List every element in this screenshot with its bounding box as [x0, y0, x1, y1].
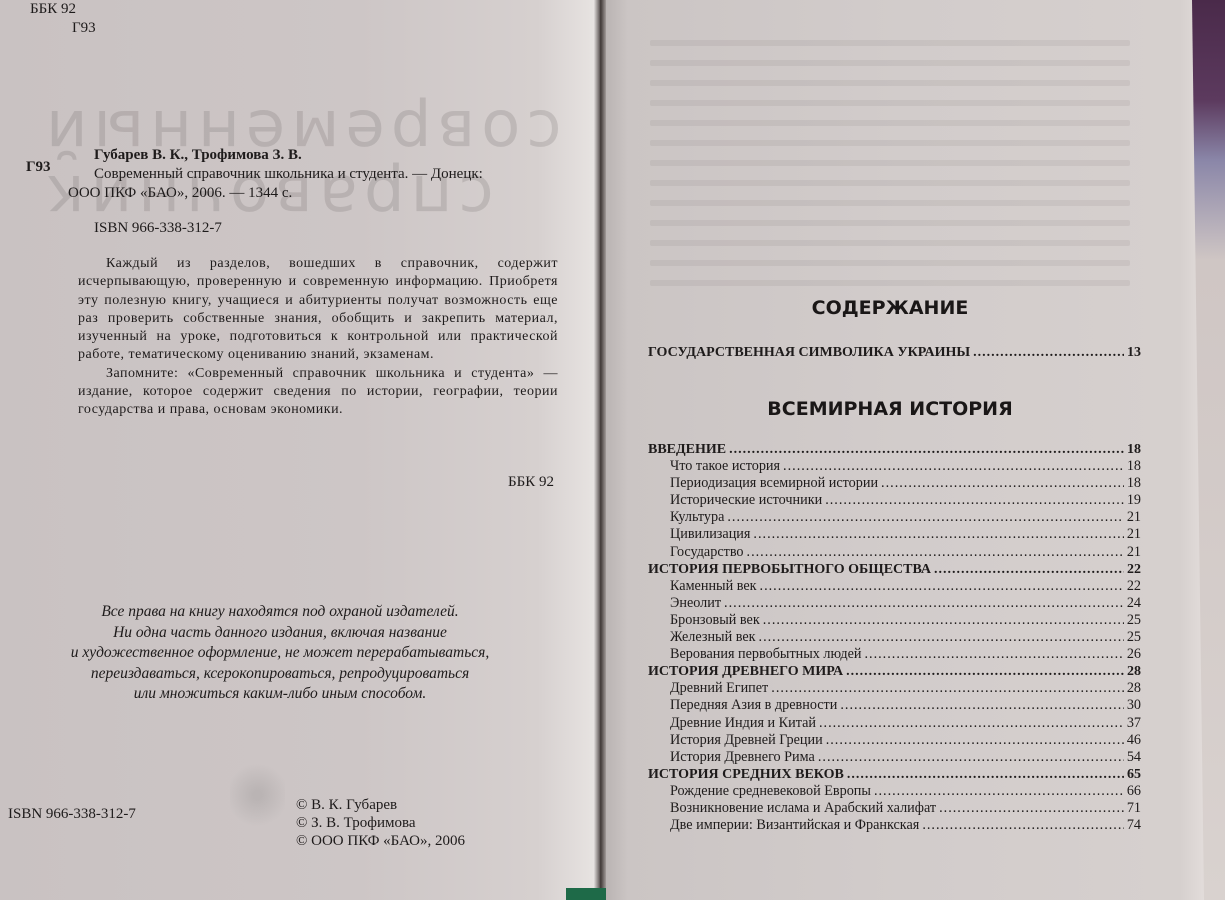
cover-edge [566, 888, 606, 900]
copyright-line: © В. К. Губарев [296, 796, 465, 814]
toc-entry-label: Древний Египет [670, 680, 768, 697]
toc-leader-dots [874, 783, 1124, 800]
toc-leader-dots [973, 344, 1124, 361]
toc-entry-label: Рождение средневековой Европы [670, 783, 871, 800]
toc-subsection-entry[interactable]: Исторические источники19 [648, 492, 1141, 509]
toc-entry-label: Цивилизация [670, 526, 750, 543]
toc-leader-dots [939, 800, 1124, 817]
toc-entry-label: ВВЕДЕНИЕ [648, 441, 726, 458]
title-line-2: ООО ПКФ «БАО», 2006. — 1344 с. [68, 185, 292, 202]
toc-subsection-entry[interactable]: История Древней Греции46 [648, 732, 1141, 749]
toc-entry-label: ИСТОРИЯ СРЕДНИХ ВЕКОВ [648, 766, 844, 783]
rights-line: Ни одна часть данного издания, включая н… [30, 623, 530, 644]
toc-subsection-entry[interactable]: Каменный век22 [648, 578, 1141, 595]
toc-entry-label: История Древнего Рима [670, 749, 815, 766]
left-page-imprint: современный справочник ББК 92 Г93 Г93 Гу… [0, 0, 597, 900]
toc-entry-page: 22 [1127, 578, 1141, 595]
bbk-code-top: ББК 92 [30, 1, 76, 18]
toc-entry-label: Государство [670, 544, 744, 561]
toc-entry-page: 21 [1127, 509, 1141, 526]
toc-leader-dots [922, 817, 1123, 834]
toc-subsection-entry[interactable]: Железный век25 [648, 629, 1141, 646]
toc-entry-label: История Древней Греции [670, 732, 823, 749]
toc-entry-label: Верования первобытных людей [670, 646, 861, 663]
toc-entry-label: Энеолит [670, 595, 721, 612]
toc-entry-page: 71 [1127, 800, 1141, 817]
toc-entry-page: 24 [1127, 595, 1141, 612]
toc-leader-dots [846, 663, 1124, 680]
toc-leader-dots [818, 749, 1124, 766]
toc-subsection-entry[interactable]: Энеолит24 [648, 595, 1141, 612]
toc-entry-label: Возникновение ислама и Арабский халифат [670, 800, 936, 817]
book-spine [594, 0, 606, 900]
toc-section-entry[interactable]: ВВЕДЕНИЕ18 [648, 441, 1141, 458]
toc-leader-dots [783, 458, 1124, 475]
rights-notice: Все права на книгу находятся под охраной… [30, 602, 530, 705]
toc-entry-page: 21 [1127, 544, 1141, 561]
toc-leader-dots [724, 595, 1124, 612]
annotation-paragraph-1: Каждый из разделов, вошедших в справочни… [78, 255, 558, 365]
toc-entry-page: 37 [1127, 715, 1141, 732]
rights-line: переиздаваться, ксерокопироваться, репро… [30, 664, 530, 685]
toc-subsection-entry[interactable]: История Древнего Рима54 [648, 749, 1141, 766]
toc-subsection-entry[interactable]: Цивилизация21 [648, 526, 1141, 543]
toc-entry-label: Железный век [670, 629, 756, 646]
toc-leader-dots [847, 766, 1124, 783]
toc-subsection-entry[interactable]: Древние Индия и Китай37 [648, 715, 1141, 732]
publisher-logo-ghost [230, 760, 285, 830]
toc-entry-page: 22 [1127, 561, 1141, 578]
copyright-block: © В. К. Губарев © З. В. Трофимова © ООО … [296, 796, 465, 850]
annotation: Каждый из разделов, вошедших в справочни… [78, 255, 558, 420]
toc-entry-label: Что такое история [670, 458, 780, 475]
toc-entry-page: 25 [1127, 612, 1141, 629]
toc-leader-dots [727, 509, 1123, 526]
toc-entry-page: 19 [1127, 492, 1141, 509]
annotation-paragraph-2: Запомните: «Современный справочник школь… [78, 365, 558, 420]
toc-leader-dots [771, 680, 1124, 697]
toc-subsection-entry[interactable]: Культура21 [648, 509, 1141, 526]
toc-entry-label: Периодизация всемирной истории [670, 475, 878, 492]
toc-leader-dots [934, 561, 1124, 578]
toc-subsection-entry[interactable]: Государство21 [648, 544, 1141, 561]
toc-leader-dots [763, 612, 1124, 629]
contents-heading: СОДЕРЖАНИЕ [650, 297, 1130, 319]
toc-entry-label: Две империи: Византийская и Франкская [670, 817, 919, 834]
toc-subsection-entry[interactable]: Древний Египет28 [648, 680, 1141, 697]
toc-subsection-entry[interactable]: Рождение средневековой Европы66 [648, 783, 1141, 800]
toc-subsection-entry[interactable]: Верования первобытных людей26 [648, 646, 1141, 663]
title-line-1: Современный справочник школьника и студе… [94, 166, 483, 183]
toc-section-entry[interactable]: ИСТОРИЯ ДРЕВНЕГО МИРА28 [648, 663, 1141, 680]
toc-leader-dots [840, 697, 1123, 714]
author-mark-top: Г93 [72, 20, 96, 37]
toc-leader-dots [747, 544, 1124, 561]
toc-section-entry[interactable]: ИСТОРИЯ СРЕДНИХ ВЕКОВ65 [648, 766, 1141, 783]
toc-entry-page: 28 [1127, 663, 1141, 680]
toc-leader-dots [759, 629, 1124, 646]
toc-leader-dots [864, 646, 1123, 663]
authors: Губарев В. К., Трофимова З. В. [94, 147, 302, 164]
toc-leader-dots [729, 441, 1124, 458]
toc-entry-label: Древние Индия и Китай [670, 715, 816, 732]
toc-top-entry: ГОСУДАРСТВЕННАЯ СИМВОЛИКА УКРАИНЫ 13 [648, 344, 1141, 361]
toc-entry[interactable]: ГОСУДАРСТВЕННАЯ СИМВОЛИКА УКРАИНЫ 13 [648, 344, 1141, 361]
toc-entry-page: 25 [1127, 629, 1141, 646]
toc-entry-page: 74 [1127, 817, 1141, 834]
toc-entry-page: 28 [1127, 680, 1141, 697]
toc-subsection-entry[interactable]: Что такое история18 [648, 458, 1141, 475]
toc-subsection-entry[interactable]: Передняя Азия в древности30 [648, 697, 1141, 714]
toc-entry-label: ГОСУДАРСТВЕННАЯ СИМВОЛИКА УКРАИНЫ [648, 344, 970, 361]
toc-entry-page: 66 [1127, 783, 1141, 800]
toc-entry-page: 54 [1127, 749, 1141, 766]
toc-entry-label: ИСТОРИЯ ДРЕВНЕГО МИРА [648, 663, 843, 680]
toc-entry-page: 26 [1127, 646, 1141, 663]
toc-entry-label: Культура [670, 509, 724, 526]
toc-leader-dots [819, 715, 1124, 732]
catalog-code: Г93 [26, 159, 51, 176]
toc-subsection-entry[interactable]: Возникновение ислама и Арабский халифат7… [648, 800, 1141, 817]
toc-section-entry[interactable]: ИСТОРИЯ ПЕРВОБЫТНОГО ОБЩЕСТВА22 [648, 561, 1141, 578]
toc-entry-page: 18 [1127, 458, 1141, 475]
toc-entry-label: Бронзовый век [670, 612, 760, 629]
toc-entry-label: ИСТОРИЯ ПЕРВОБЫТНОГО ОБЩЕСТВА [648, 561, 931, 578]
toc-subsection-entry[interactable]: Две империи: Византийская и Франкская74 [648, 817, 1141, 834]
isbn-bottom: ISBN 966-338-312-7 [8, 806, 136, 823]
isbn-top: ISBN 966-338-312-7 [94, 220, 222, 237]
rights-line: или множиться каким-либо иным способом. [30, 684, 530, 705]
toc-entry-page: 18 [1127, 475, 1141, 492]
toc-entry-page: 30 [1127, 697, 1141, 714]
toc-entry-label: Передняя Азия в древности [670, 697, 837, 714]
toc-leader-dots [826, 732, 1124, 749]
toc-entry-page: 46 [1127, 732, 1141, 749]
copyright-line: © ООО ПКФ «БАО», 2006 [296, 832, 465, 850]
toc-leader-dots [760, 578, 1124, 595]
toc-leader-dots [881, 475, 1124, 492]
toc-entry-page: 13 [1127, 344, 1141, 361]
toc-subsection-entry[interactable]: Периодизация всемирной истории18 [648, 475, 1141, 492]
rights-line: Все права на книгу находятся под охраной… [30, 602, 530, 623]
toc-leader-dots [753, 526, 1123, 543]
toc-list: ВВЕДЕНИЕ18Что такое история18Периодизаци… [648, 441, 1141, 834]
copyright-line: © З. В. Трофимова [296, 814, 465, 832]
toc-entry-page: 65 [1127, 766, 1141, 783]
toc-entry-page: 21 [1127, 526, 1141, 543]
section-heading: ВСЕМИРНАЯ ИСТОРИЯ [650, 398, 1130, 420]
toc-subsection-entry[interactable]: Бронзовый век25 [648, 612, 1141, 629]
bbk-code-bottom: ББК 92 [508, 474, 554, 491]
toc-leader-dots [825, 492, 1124, 509]
toc-entry-label: Исторические источники [670, 492, 822, 509]
toc-entry-label: Каменный век [670, 578, 757, 595]
rights-line: и художественное оформление, не может пе… [30, 643, 530, 664]
toc-entry-page: 18 [1127, 441, 1141, 458]
